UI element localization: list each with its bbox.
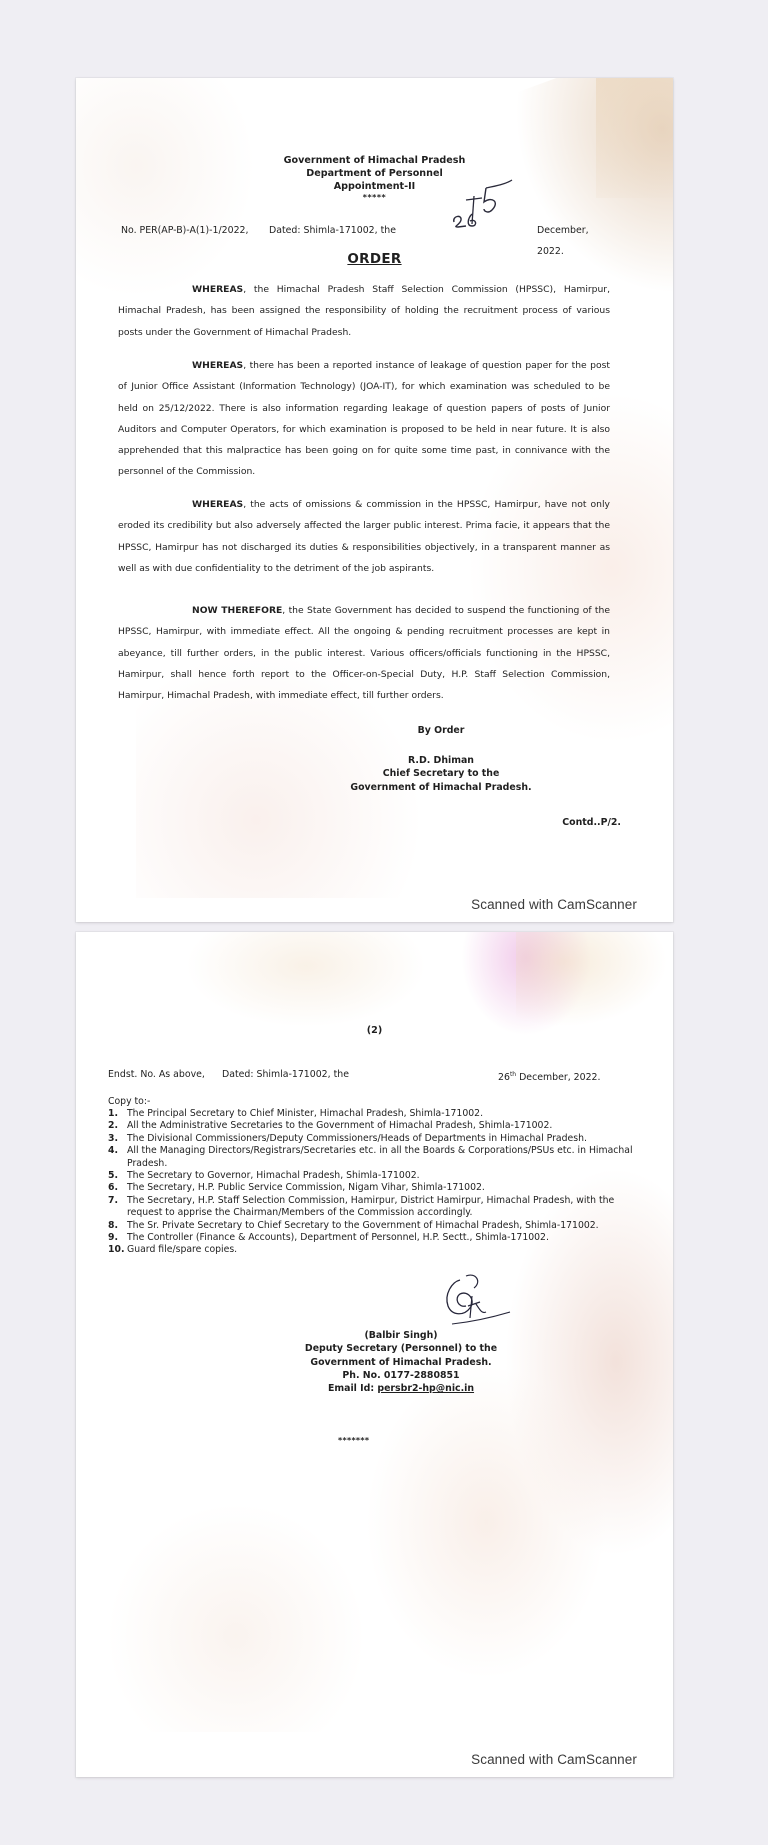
signatory-designation: Deputy Secretary (Personnel) to the <box>276 1342 526 1355</box>
paragraph-text: , the State Government has decided to su… <box>118 605 610 701</box>
copy-to-item-text: The Controller (Finance & Accounts), Dep… <box>127 1232 549 1243</box>
continued-marker: Contd..P/2. <box>562 812 621 833</box>
paragraph-text: , the acts of omissions & commission in … <box>118 499 610 574</box>
paragraph-lead: WHEREAS <box>192 499 243 510</box>
order-title: ORDER <box>76 249 673 270</box>
order-paragraph: WHEREAS, the Himachal Pradesh Staff Sele… <box>118 279 610 343</box>
camscanner-watermark: Scanned with CamScanner <box>471 1752 637 1767</box>
signatory-name: (Balbir Singh) <box>276 1329 526 1342</box>
order-paragraph: WHEREAS, the acts of omissions & commiss… <box>118 494 610 579</box>
signatory-designation: Chief Secretary to the <box>316 767 566 780</box>
copy-to-item-number: 7. <box>108 1195 118 1207</box>
paragraph-lead: NOW THEREFORE <box>192 605 282 616</box>
signatory-block: R.D. Dhiman Chief Secretary to the Gover… <box>316 754 566 794</box>
paragraph-lead: WHEREAS <box>192 360 243 371</box>
endorsement-dated-label: Dated: Shimla-171002, the <box>222 1064 349 1085</box>
copy-to-item: 2.All the Administrative Secretaries to … <box>108 1120 638 1132</box>
copy-to-item-text: The Secretary, H.P. Staff Selection Comm… <box>127 1195 614 1218</box>
letterhead-government: Government of Himachal Pradesh <box>76 154 673 167</box>
copy-to-item-text: Guard file/spare copies. <box>127 1244 237 1255</box>
copy-to-item: 6.The Secretary, H.P. Public Service Com… <box>108 1182 638 1194</box>
copy-to-item-number: 1. <box>108 1108 118 1120</box>
letterhead-section: Appointment-II <box>76 180 673 193</box>
copy-to-item: 10.Guard file/spare copies. <box>108 1244 638 1256</box>
order-reference-line: No. PER(AP-B)-A(1)-1/2022, Dated: Shimla… <box>121 220 603 234</box>
copy-to-item: 7.The Secretary, H.P. Staff Selection Co… <box>108 1195 638 1220</box>
signatory-organisation: Government of Himachal Pradesh. <box>316 781 566 794</box>
copy-to-item-number: 9. <box>108 1232 118 1244</box>
copy-to-item: 1.The Principal Secretary to Chief Minis… <box>108 1108 638 1120</box>
camscanner-watermark: Scanned with CamScanner <box>471 897 637 912</box>
order-number: No. PER(AP-B)-A(1)-1/2022, <box>121 220 249 241</box>
by-order-label: By Order <box>316 724 566 737</box>
copy-to-label: Copy to:- <box>108 1096 150 1108</box>
copy-to-item: 4.All the Managing Directors/Registrars/… <box>108 1145 638 1170</box>
order-paragraph: NOW THEREFORE, the State Government has … <box>118 600 610 706</box>
order-dated-label: Dated: Shimla-171002, the <box>269 220 396 241</box>
copy-to-item-number: 3. <box>108 1133 118 1145</box>
scan-image-page-1: Government of Himachal Pradesh Departmen… <box>76 78 673 878</box>
scanned-page-2: (2) Endst. No. As above, Dated: Shimla-1… <box>76 932 673 1777</box>
copy-to-item: 5.The Secretary to Governor, Himachal Pr… <box>108 1170 638 1182</box>
letterhead-department: Department of Personnel <box>76 167 673 180</box>
copy-to-item-number: 10. <box>108 1244 124 1256</box>
paragraph-lead: WHEREAS <box>192 284 243 295</box>
letterhead: Government of Himachal Pradesh Departmen… <box>76 154 673 202</box>
handwritten-signature <box>430 1272 512 1336</box>
copy-to-item: 3.The Divisional Commissioners/Deputy Co… <box>108 1133 638 1145</box>
copy-to-item: 9.The Controller (Finance & Accounts), D… <box>108 1232 638 1244</box>
copy-to-item-text: All the Administrative Secretaries to th… <box>127 1120 552 1131</box>
copy-to-item-text: The Principal Secretary to Chief Ministe… <box>127 1108 483 1119</box>
signatory-email-link[interactable]: persbr2-hp@nic.in <box>377 1383 474 1394</box>
paragraph-text: , there has been a reported instance of … <box>118 360 610 477</box>
copy-to-item-number: 8. <box>108 1220 118 1232</box>
copy-to-item-text: The Sr. Private Secretary to Chief Secre… <box>127 1220 599 1231</box>
signatory-name: R.D. Dhiman <box>316 754 566 767</box>
copy-to-item-number: 4. <box>108 1145 118 1157</box>
copy-to-list: 1.The Principal Secretary to Chief Minis… <box>108 1108 638 1257</box>
scan-image-page-2: (2) Endst. No. As above, Dated: Shimla-1… <box>76 932 673 1742</box>
endorsement-line: Endst. No. As above, Dated: Shimla-17100… <box>108 1064 613 1078</box>
scanned-page-1: Government of Himachal Pradesh Departmen… <box>76 78 673 922</box>
copy-to-item-number: 6. <box>108 1182 118 1194</box>
copy-to-item-text: All the Managing Directors/Registrars/Se… <box>127 1145 633 1168</box>
copy-to-item-number: 2. <box>108 1120 118 1132</box>
page-number: (2) <box>76 1020 673 1041</box>
endorsement-date: 26th December, 2022. <box>498 1064 601 1088</box>
signatory-phone: Ph. No. 0177-2880851 <box>276 1369 526 1382</box>
endorsement-number: Endst. No. As above, <box>108 1064 205 1085</box>
copy-to-item-text: The Divisional Commissioners/Deputy Comm… <box>127 1133 587 1144</box>
letterhead-stars: ***** <box>76 193 673 202</box>
order-paragraph: WHEREAS, there has been a reported insta… <box>118 355 610 483</box>
copy-to-item: 8.The Sr. Private Secretary to Chief Sec… <box>108 1220 638 1232</box>
signatory-email-line: Email Id: persbr2-hp@nic.in <box>276 1382 526 1395</box>
copy-to-item-number: 5. <box>108 1170 118 1182</box>
end-of-document-marker: ******* <box>338 1430 369 1451</box>
copy-to-item-text: The Secretary, H.P. Public Service Commi… <box>127 1182 485 1193</box>
copy-to-item-text: The Secretary to Governor, Himachal Prad… <box>127 1170 420 1181</box>
signatory-block: (Balbir Singh) Deputy Secretary (Personn… <box>276 1329 526 1395</box>
signatory-organisation: Government of Himachal Pradesh. <box>276 1356 526 1369</box>
